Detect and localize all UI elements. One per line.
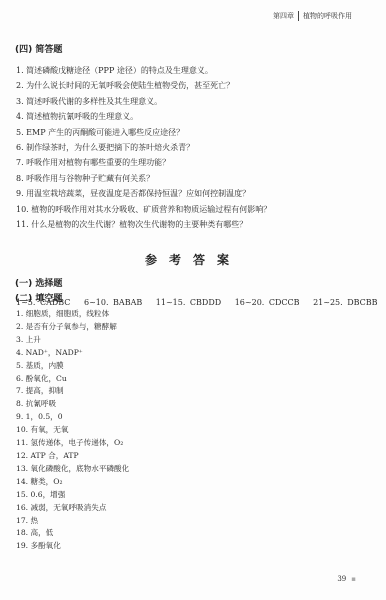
chapter-title: 植物的呼吸作用 — [303, 11, 352, 21]
chapter-label: 第四章 — [273, 11, 294, 21]
question-item: 8. 呼吸作用与谷物种子贮藏有何关系？ — [16, 171, 271, 186]
short-answer-heading: (四) 简答题 — [15, 42, 62, 55]
fill-answer-item: 12. ATP 合，ATP — [16, 450, 129, 463]
choice-group: 11~15. CBDDD — [156, 298, 221, 307]
fill-answer-item: 14. 糖类，O₂ — [16, 476, 129, 489]
question-item: 7. 呼吸作用对植物有哪些重要的生理功能？ — [16, 155, 271, 170]
fill-answer-item: 6. 酚氧化，Cu — [16, 373, 129, 386]
answers-title: 参考答案 — [0, 251, 386, 268]
choice-group: 6~10. BABAB — [84, 298, 142, 307]
fill-answer-item: 8. 抗氰呼吸 — [16, 398, 129, 411]
page-dot-icon: ▪ — [351, 575, 356, 583]
fill-answer-item: 2. 是否有分子氧参与，糖酵解 — [16, 321, 129, 334]
fill-blank-answers: 1. 细胞质，细胞质，线粒体 2. 是否有分子氧参与，糖酵解 3. 上升 4. … — [16, 308, 129, 553]
question-item: 2. 为什么说长时间的无氧呼吸会使陆生植物受伤，甚至死亡？ — [16, 78, 271, 93]
question-item: 6. 制作绿茶时，为什么要把摘下的茶叶焙火杀青？ — [16, 140, 271, 155]
question-item: 9. 用温室栽培蔬菜，昼夜温度是否都保持恒温？应如何控制温度？ — [16, 186, 271, 201]
question-item: 10. 植物的呼吸作用对其水分吸收、矿质营养和物质运输过程有何影响？ — [16, 202, 271, 217]
fill-answer-item: 13. 氧化磷酸化，底物水平磷酸化 — [16, 463, 129, 476]
fill-answer-item: 3. 上升 — [16, 334, 129, 347]
fill-answer-item: 19. 多酚氧化 — [16, 540, 129, 553]
multiple-choice-heading: (一) 选择题 — [15, 276, 62, 289]
textbook-page: 第四章 植物的呼吸作用 (四) 简答题 1. 简述磷酸戊糖途径（PPP 途径）的… — [0, 0, 386, 600]
choice-group: 21~25. DBCBB — [313, 298, 377, 307]
fill-answer-item: 17. 热 — [16, 515, 129, 528]
fill-answer-item: 5. 基质，内膜 — [16, 360, 129, 373]
fill-answer-item: 1. 细胞质，细胞质，线粒体 — [16, 308, 129, 321]
short-answer-questions: 1. 简述磷酸戊糖途径（PPP 途径）的特点及生理意义。 2. 为什么说长时间的… — [16, 63, 271, 232]
running-header: 第四章 植物的呼吸作用 — [273, 11, 352, 21]
fill-answer-item: 4. NAD⁺，NADP⁺ — [16, 347, 129, 360]
question-item: 3. 简述呼吸代谢的多样性及其生理意义。 — [16, 94, 271, 109]
fill-answer-item: 18. 高，低 — [16, 527, 129, 540]
question-item: 5. EMP 产生的丙酮酸可能进入哪些反应途径？ — [16, 125, 271, 140]
fill-answer-item: 7. 提高，抑制 — [16, 385, 129, 398]
page-number: 39▪ — [337, 575, 356, 583]
question-item: 1. 简述磷酸戊糖途径（PPP 途径）的特点及生理意义。 — [16, 63, 271, 78]
multiple-choice-answers: 1~5. CADBC 6~10. BABAB 11~15. CBDDD 16~2… — [16, 298, 386, 307]
question-item: 4. 简述植物抗氰呼吸的生理意义。 — [16, 109, 271, 124]
fill-answer-item: 15. 0.6，增强 — [16, 489, 129, 502]
fill-answer-item: 16. 减弱，无氧呼吸消失点 — [16, 502, 129, 515]
fill-answer-item: 10. 有氧，无氧 — [16, 424, 129, 437]
question-item: 11. 什么是植物的次生代谢？植物次生代谢物的主要种类有哪些？ — [16, 217, 271, 232]
header-divider — [298, 11, 299, 21]
fill-answer-item: 11. 氢传递体，电子传递体，O₂ — [16, 437, 129, 450]
fill-blank-heading: (二) 填空题 — [15, 291, 62, 304]
choice-group: 16~20. CDCCB — [235, 298, 300, 307]
fill-answer-item: 9. 1，0.5，0 — [16, 411, 129, 424]
page-number-value: 39 — [337, 575, 346, 583]
